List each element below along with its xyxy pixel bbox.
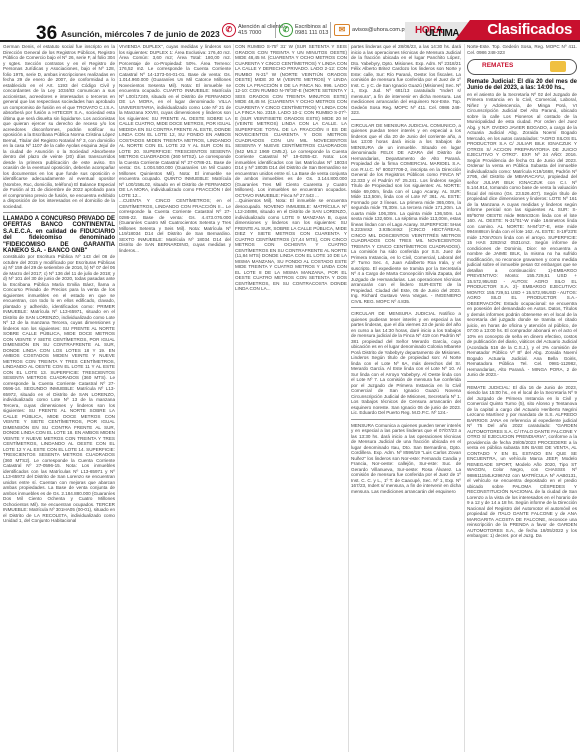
section-title-banner: Clasificados [455,20,580,40]
divider [3,212,115,213]
whatsapp-icon: ✆ [279,23,293,37]
section-title: Clasificados [487,21,572,38]
mensura-zovan: MENSURA Comunica a quienes pueden tener … [351,423,461,495]
phone-icon: ✆ [222,23,236,37]
divider [467,381,577,382]
column-divider [464,44,465,752]
column-1: German Denis, el estatuto social fue ins… [3,44,115,752]
page-date: Asunción, miércoles 7 de junio de 2023 [61,29,220,39]
concurso-headline: LLAMADO A CONCURSO PRIVADO DE OFERTAS BA… [3,216,115,254]
circular-mensura-2: CIRCULAR DE MENSURA JUDICIAL Notifico a … [351,311,461,416]
remate-1-body: en el asiento de la Secretaría Nº 02 del… [467,92,577,378]
fusion-notice: German Denis, el estatuto social fue ins… [3,44,115,209]
divider [351,307,461,308]
circular-mensura-1: CIRCULAR DE MENSURA JUDICIAL COMUNICO, a… [351,123,461,305]
divider [351,119,461,120]
mensura-notice: partes linderas que el 28/06/23, a las 1… [351,44,461,116]
column-4-hidden [236,44,348,752]
column-divider [117,44,118,752]
remate-1-headline: Remate Judicial: El día 20 del mes de Ju… [467,79,577,92]
divider [351,419,461,420]
concurso-body: constituido por Escritura Pública Nº 143… [3,254,115,524]
remates-section-banner: REMATES [467,59,577,75]
gavel-icon [550,61,566,72]
whatsapp-contact: ✆ Escribinos al0981 111 013 [275,22,328,38]
column-6: Norte-Este. Top. Gedeón Sosa, Reg. MOPC … [467,44,577,752]
envelope-icon: ✉ [334,24,350,36]
page-header: 36 Asunción, miércoles 7 de junio de 202… [0,0,580,40]
column-divider [348,44,349,752]
inmuebles-text: VIVIENDA DUPLEX", cuyas medidas y linder… [119,44,231,198]
email-link[interactable]: avisos@uhora.com.py [352,27,407,33]
column-2: VIVIENDA DUPLEX", cuyas medidas y linder… [119,44,231,752]
column-5: partes linderas que el 28/06/23, a las 1… [351,44,461,752]
header-divider [0,40,580,42]
inmuebles-text-cont: ...CUENTA Y CINCO CENTÍMETROS; en el CEN… [119,198,231,253]
email-contact: ✉ avisos@uhora.com.py [330,22,407,38]
mensura-end: Norte-Este. Top. Gedeón Sosa, Reg. MOPC … [467,44,577,55]
remate-2: REMATE JUDICIAL: El día 16 de Junio de 2… [467,385,577,539]
column-divider [233,44,234,752]
